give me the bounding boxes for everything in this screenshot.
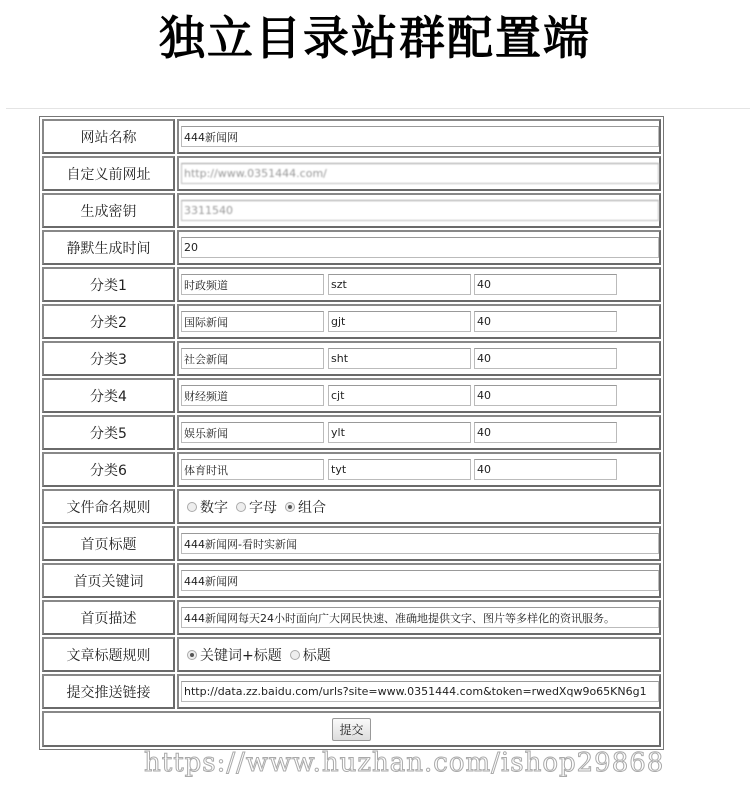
category-slug-input[interactable] [328, 385, 471, 406]
silent-time-input[interactable] [181, 237, 659, 258]
category-count-input[interactable] [474, 422, 617, 443]
category-count-input[interactable] [474, 274, 617, 295]
field-label: 静默生成时间 [42, 230, 175, 265]
divider [6, 108, 750, 109]
category-name-input[interactable] [181, 348, 324, 369]
category-slug-input[interactable] [328, 311, 471, 332]
form-row-category-3: 分类3 [42, 341, 661, 376]
form-row-article-title-rule: 文章标题规则 关键词+标题 标题 [42, 637, 661, 672]
field-label: 生成密钥 [42, 193, 175, 228]
category-slug-input[interactable] [328, 422, 471, 443]
field-label: 分类6 [42, 452, 175, 487]
article-title-radio-keyword-title[interactable]: 关键词+标题 [187, 645, 282, 665]
category-name-input[interactable] [181, 422, 324, 443]
category-count-input[interactable] [474, 311, 617, 332]
home-description-input[interactable] [181, 607, 659, 628]
form-row-category-2: 分类2 [42, 304, 661, 339]
radio-unchecked-icon [187, 502, 197, 512]
category-slug-input[interactable] [328, 459, 471, 480]
radio-checked-icon [187, 650, 197, 660]
field-label: 网站名称 [42, 119, 175, 154]
form-row-silent-time: 静默生成时间 [42, 230, 661, 265]
form-row-custom-url: 自定义前网址 [42, 156, 661, 191]
category-name-input[interactable] [181, 459, 324, 480]
radio-unchecked-icon [236, 502, 246, 512]
form-row-file-naming: 文件命名规则 数字 字母 组合 [42, 489, 661, 524]
watermark-text: https://www.huzhan.com/ishop29868 [144, 748, 664, 778]
home-title-input[interactable] [181, 533, 659, 554]
field-label: 首页关键词 [42, 563, 175, 598]
form-row-home-keywords: 首页关键词 [42, 563, 661, 598]
form-row-site-name: 网站名称 [42, 119, 661, 154]
category-slug-input[interactable] [328, 274, 471, 295]
field-label: 分类1 [42, 267, 175, 302]
file-naming-radio-combined[interactable]: 组合 [285, 497, 326, 517]
category-name-input[interactable] [181, 311, 324, 332]
category-count-input[interactable] [474, 348, 617, 369]
field-label: 分类3 [42, 341, 175, 376]
form-row-home-description: 首页描述 [42, 600, 661, 635]
file-naming-radio-number[interactable]: 数字 [187, 497, 228, 517]
form-row-push-link: 提交推送链接 [42, 674, 661, 709]
site-name-input[interactable] [181, 126, 659, 147]
field-label: 分类5 [42, 415, 175, 450]
form-row-home-title: 首页标题 [42, 526, 661, 561]
article-title-radio-title[interactable]: 标题 [290, 645, 331, 665]
field-label: 分类2 [42, 304, 175, 339]
field-label: 首页描述 [42, 600, 175, 635]
file-naming-radio-group: 数字 字母 组合 [181, 497, 659, 517]
radio-checked-icon [285, 502, 295, 512]
field-label: 自定义前网址 [42, 156, 175, 191]
radio-unchecked-icon [290, 650, 300, 660]
home-keywords-input[interactable] [181, 570, 659, 591]
submit-button[interactable]: 提交 [332, 718, 370, 741]
category-slug-input[interactable] [328, 348, 471, 369]
field-label: 提交推送链接 [42, 674, 175, 709]
file-naming-radio-letter[interactable]: 字母 [236, 497, 277, 517]
category-count-input[interactable] [474, 385, 617, 406]
form-row-category-5: 分类5 [42, 415, 661, 450]
form-row-submit: 提交 [42, 711, 661, 747]
page-title: 独立目录站群配置端 [0, 8, 750, 68]
form-row-category-1: 分类1 [42, 267, 661, 302]
field-label: 首页标题 [42, 526, 175, 561]
custom-url-input[interactable] [181, 163, 659, 184]
config-form: 网站名称 自定义前网址 生成密钥 静默生成时间 分类1 分类2 [39, 116, 664, 750]
form-row-category-6: 分类6 [42, 452, 661, 487]
form-row-secret-key: 生成密钥 [42, 193, 661, 228]
category-count-input[interactable] [474, 459, 617, 480]
article-title-radio-group: 关键词+标题 标题 [181, 645, 659, 665]
secret-key-input[interactable] [181, 200, 659, 221]
field-label: 文章标题规则 [42, 637, 175, 672]
push-link-input[interactable] [181, 681, 659, 702]
category-name-input[interactable] [181, 274, 324, 295]
field-label: 文件命名规则 [42, 489, 175, 524]
form-row-category-4: 分类4 [42, 378, 661, 413]
field-label: 分类4 [42, 378, 175, 413]
category-name-input[interactable] [181, 385, 324, 406]
